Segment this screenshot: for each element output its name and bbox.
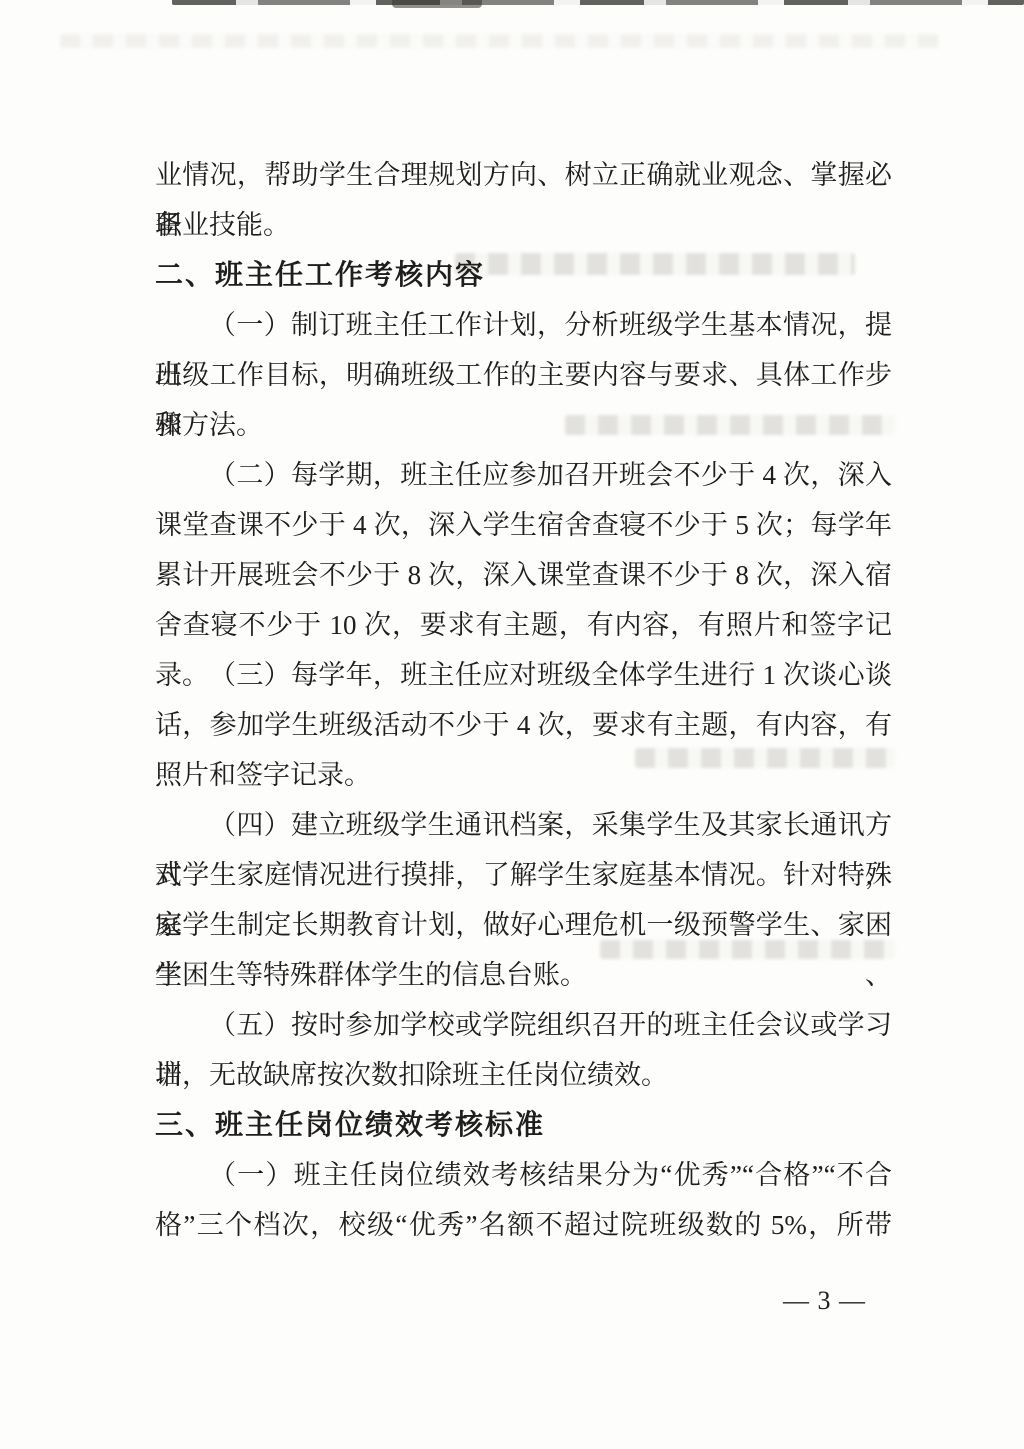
page-number: — 3 — [783,1286,866,1316]
text-line: 业情况，帮助学生合理规划方向、树立正确就业观念、掌握必备 [155,150,892,200]
text-line: 累计开展班会不少于 8 次，深入课堂查课不少于 8 次，深入宿 [155,550,892,600]
bleed-through-smudge [60,34,940,48]
text-line: 课堂查课不少于 4 次，深入学生宿舍查寝不少于 5 次；每学年 [155,500,892,550]
text-line: 舍查寝不少于 10 次，要求有主题，有内容，有照片和签字记录。 [155,600,892,650]
text-line: 格”三个档次，校级“优秀”名额不超过院班级数的 5%，所带 [155,1200,892,1250]
section-heading: 三、班主任岗位绩效考核标准 [155,1100,892,1150]
text-line: 庭学生制定长期教育计划，做好心理危机一级预警学生、家困生、 [155,900,892,950]
text-line: 职业技能。 [155,200,892,250]
text-line: 班级工作目标，明确班级工作的主要内容与要求、具体工作步骤 [155,350,892,400]
document-lines: 业情况，帮助学生合理规划方向、树立正确就业观念、掌握必备职业技能。二、班主任工作… [155,150,892,1250]
text-line: （一）班主任岗位绩效考核结果分为“优秀”“合格”“不合 [155,1150,892,1200]
text-line: 和方法。 [155,400,892,450]
text-line: （三）每学年，班主任应对班级全体学生进行 1 次谈心谈 [155,650,892,700]
text-line: （二）每学期，班主任应参加召开班会不少于 4 次，深入 [155,450,892,500]
text-line: （四）建立班级学生通讯档案，采集学生及其家长通讯方式， [155,800,892,850]
text-line: （五）按时参加学校或学院组织召开的班主任会议或学习培 [155,1000,892,1050]
scan-edge-artifact [172,0,1024,5]
text-line: 话，参加学生班级活动不少于 4 次，要求有主题，有内容，有 [155,700,892,750]
text-line: 对学生家庭情况进行摸排，了解学生家庭基本情况。针对特殊家 [155,850,892,900]
text-line: 训，无故缺席按次数扣除班主任岗位绩效。 [155,1050,892,1100]
section-heading: 二、班主任工作考核内容 [155,250,892,300]
text-line: 照片和签字记录。 [155,750,892,800]
text-line: （一）制订班主任工作计划，分析班级学生基本情况，提出 [155,300,892,350]
document-page: 业情况，帮助学生合理规划方向、树立正确就业观念、掌握必备职业技能。二、班主任工作… [0,0,1024,1449]
